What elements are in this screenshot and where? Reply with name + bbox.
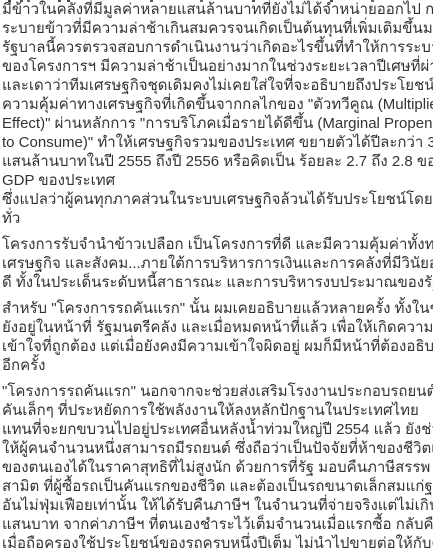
text-line: สามิต ที่ผู้ซื้อรถเป็นคันแรกของชีวิต และ… (2, 477, 433, 496)
text-line: to Consume)" ทำให้เศรษฐกิจรวมของประเทศ ข… (2, 133, 433, 152)
text-line: คันเล็กๆ ที่ประหยัดการใช้พลังงานให้ลงหลั… (2, 401, 433, 420)
text-line: GDP ของประเทศ (2, 171, 433, 190)
article-body: มีข้าวในคลังที่มีมูลค่าหลายแสนล้านบาทที่… (2, 0, 433, 552)
text-line: Effect)" ผ่านหลักการ "การบริโภคเมื่อรายไ… (2, 114, 433, 133)
text-line: เศรษฐกิจ และสังคม...ภายใต้การบริหารการเง… (2, 254, 433, 273)
text-line: ของตนเองได้ในราคาสุทธิที่ไม่สูงนัก ด้วยก… (2, 458, 433, 477)
text-line: รัฐบาลนี้ควรตรวจสอบการดำเนินงานว่าเกิดอะ… (2, 38, 433, 57)
text-line: แสนล้านบาทในปี 2555 ถึงปี 2556 หรือคิดเป… (2, 152, 433, 171)
article-text: มีข้าวในคลังที่มีมูลค่าหลายแสนล้านบาทที่… (0, 0, 433, 552)
text-line: และเดาว่าทีมเศรษฐกิจชุดเดิมคงไม่เคยใส่ใจ… (2, 76, 433, 95)
paragraph: สำหรับ "โครงการรถคันแรก" นั้น ผมเคยอธิบา… (2, 299, 433, 375)
text-line: แสนบาท จากค่าภาษีฯ ที่ตนเองชำระไว้เต็มจำ… (2, 515, 433, 534)
cropped-previous-line-remnant (0, 0, 3, 2)
page: { "colors": { "background": "#ffffff", "… (0, 0, 433, 552)
text-line: ให้ผู้คนจำนวนหนึ่งสามารถมีรถยนต์ ซึ่งถือ… (2, 439, 433, 458)
text-line: สำหรับ "โครงการรถคันแรก" นั้น ผมเคยอธิบา… (2, 299, 433, 318)
text-line: ทั่ว (2, 209, 433, 228)
text-line: ยังอยู่ในหน้าที่ รัฐมนตรีคลัง และเมื่อหม… (2, 318, 433, 337)
text-line: อีกครั้ง (2, 356, 433, 375)
text-line: โครงการรับจำนำข้าวเปลือก เป็นโครงการที่ด… (2, 235, 433, 254)
text-line: ซึ่งแปลว่าผู้คนทุกภาคส่วนในระบบเศรษฐกิจล… (2, 190, 433, 209)
paragraph: โครงการรับจำนำข้าวเปลือก เป็นโครงการที่ด… (2, 235, 433, 292)
text-line: แทนที่จะยกขบวนไปอยู่ประเทศอื่นหลังน้ำท่ว… (2, 420, 433, 439)
text-line: เข้าใจที่ถูกต้อง แต่เมื่อยังคงมีความเข้า… (2, 337, 433, 356)
text-line: ระบายข้าวที่มีความล่าช้าเกินสมควรจนเกิดเ… (2, 19, 433, 38)
text-line: ของโครงการฯ มีความล่าช้าเป็นอย่างมากในช่… (2, 57, 433, 76)
paragraph: "โครงการรถคันแรก" นอกจากจะช่วยส่งเสริมโร… (2, 382, 433, 552)
text-line: ดี ทั้งในประเด็นระดับหนี้สาธารณะ และการบ… (2, 273, 433, 292)
paragraph: มีข้าวในคลังที่มีมูลค่าหลายแสนล้านบาทที่… (2, 0, 433, 228)
text-line: ความคุ้มค่าทางเศรษฐกิจที่เกิดขึ้นจากกลไก… (2, 95, 433, 114)
text-line: เมื่อถือครองใช้ประโยชน์ของรถครบหนึ่งปีเต… (2, 534, 433, 552)
text-line: "โครงการรถคันแรก" นอกจากจะช่วยส่งเสริมโร… (2, 382, 433, 401)
text-line: มีข้าวในคลังที่มีมูลค่าหลายแสนล้านบาทที่… (2, 0, 433, 19)
text-line: อันไม่ฟุ่มเฟือยเท่านั้น ให้ได้รับคืนภาษี… (2, 496, 433, 515)
